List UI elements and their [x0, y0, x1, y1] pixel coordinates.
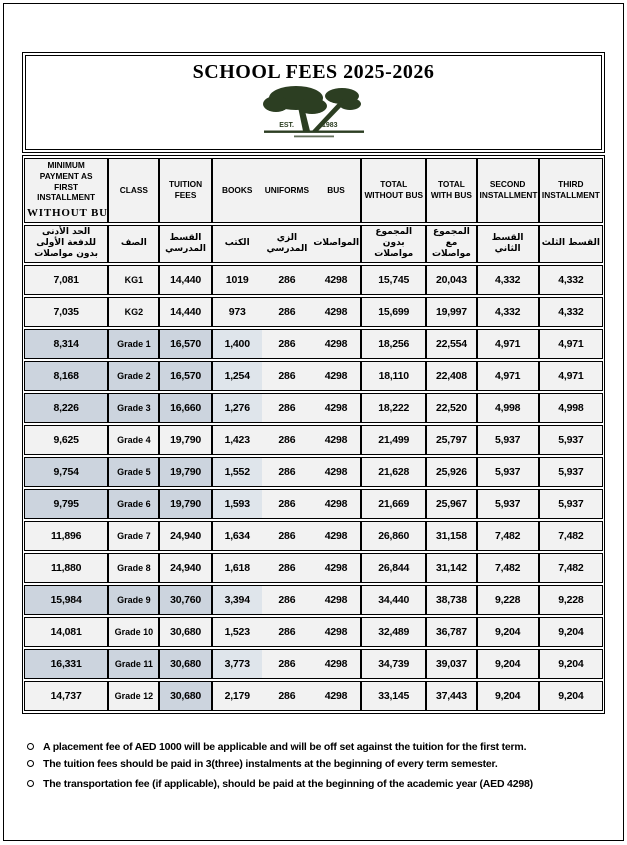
cell-third_installment: 9,228 — [539, 585, 603, 615]
bullet-circle-icon — [27, 760, 34, 767]
cell-total_with_bus: 36,787 — [426, 617, 476, 647]
cell-third_installment: 5,937 — [539, 489, 603, 519]
col-header-arabic-uniforms: الزي المدرسي — [262, 225, 312, 263]
cell-min_payment: 8,226 — [24, 393, 108, 423]
cell-second_installment: 4,998 — [477, 393, 539, 423]
cell-uniforms: 286 — [262, 265, 312, 295]
note-item: A placement fee of AED 1000 will be appl… — [27, 741, 605, 754]
cell-class: Grade 4 — [108, 425, 159, 455]
cell-third_installment: 9,204 — [539, 617, 603, 647]
cell-total_without_bus: 18,222 — [361, 393, 426, 423]
cell-books: 1,552 — [212, 457, 262, 487]
cell-third_installment: 4,332 — [539, 265, 603, 295]
cell-total_without_bus: 15,699 — [361, 297, 426, 327]
cell-total_without_bus: 33,145 — [361, 681, 426, 711]
cell-third_installment: 5,937 — [539, 457, 603, 487]
cell-total_with_bus: 22,554 — [426, 329, 476, 359]
cell-bus: 4298 — [312, 457, 361, 487]
cell-min_payment: 8,168 — [24, 361, 108, 391]
cell-books: 1,523 — [212, 617, 262, 647]
cell-class: Grade 2 — [108, 361, 159, 391]
cell-books: 2,179 — [212, 681, 262, 711]
note-text: A placement fee of AED 1000 will be appl… — [43, 741, 526, 754]
cell-uniforms: 286 — [262, 329, 312, 359]
col-header-bus: BUS — [312, 158, 361, 223]
note-item: The tuition fees should be paid in 3(thr… — [27, 758, 605, 771]
cell-second_installment: 7,482 — [477, 553, 539, 583]
cell-third_installment: 9,204 — [539, 649, 603, 679]
note-item: The transportation fee (if applicable), … — [27, 778, 605, 791]
logo-year-label: 1983 — [322, 122, 338, 129]
cell-total_without_bus: 26,844 — [361, 553, 426, 583]
cell-total_with_bus: 39,037 — [426, 649, 476, 679]
cell-second_installment: 5,937 — [477, 425, 539, 455]
col-header-arabic-third_installment: القسط الثلث — [539, 225, 603, 263]
cell-uniforms: 286 — [262, 553, 312, 583]
cell-tuition_fees: 16,660 — [159, 393, 211, 423]
cell-total_with_bus: 25,797 — [426, 425, 476, 455]
cell-third_installment: 4,998 — [539, 393, 603, 423]
cell-tuition_fees: 30,680 — [159, 617, 211, 647]
col-header-min_payment: MINIMUM PAYMENT AS FIRST INSTALLMENTWITH… — [24, 158, 108, 223]
cell-uniforms: 286 — [262, 585, 312, 615]
cell-uniforms: 286 — [262, 681, 312, 711]
cell-third_installment: 7,482 — [539, 553, 603, 583]
cell-total_without_bus: 18,256 — [361, 329, 426, 359]
cell-uniforms: 286 — [262, 393, 312, 423]
logo-est-label: EST. — [279, 122, 294, 129]
cell-third_installment: 9,204 — [539, 681, 603, 711]
cell-tuition_fees: 19,790 — [159, 425, 211, 455]
cell-min_payment: 16,331 — [24, 649, 108, 679]
cell-books: 1,618 — [212, 553, 262, 583]
cell-total_with_bus: 37,443 — [426, 681, 476, 711]
table-row: 9,795Grade 619,7901,593286429821,66925,9… — [24, 489, 603, 519]
cell-min_payment: 9,625 — [24, 425, 108, 455]
cell-third_installment: 7,482 — [539, 521, 603, 551]
cell-tuition_fees: 14,440 — [159, 297, 211, 327]
cell-min_payment: 7,035 — [24, 297, 108, 327]
cell-second_installment: 4,971 — [477, 329, 539, 359]
cell-total_without_bus: 21,499 — [361, 425, 426, 455]
cell-bus: 4298 — [312, 265, 361, 295]
cell-min_payment: 11,880 — [24, 553, 108, 583]
cell-class: Grade 7 — [108, 521, 159, 551]
header-row-arabic: الحد الأدنى للدفعة الأولى بدون مواصلاتال… — [24, 225, 603, 263]
cell-total_with_bus: 20,043 — [426, 265, 476, 295]
cell-tuition_fees: 19,790 — [159, 457, 211, 487]
cell-books: 1,593 — [212, 489, 262, 519]
cell-uniforms: 286 — [262, 457, 312, 487]
cell-third_installment: 4,971 — [539, 329, 603, 359]
cell-tuition_fees: 30,680 — [159, 649, 211, 679]
table-row: 8,168Grade 216,5701,254286429818,11022,4… — [24, 361, 603, 391]
table-row: 14,737Grade 1230,6802,179286429833,14537… — [24, 681, 603, 711]
col-header-arabic-total_without_bus: المجموع بدون مواصلات — [361, 225, 426, 263]
cell-min_payment: 11,896 — [24, 521, 108, 551]
table-row: 16,331Grade 1130,6803,773286429834,73939… — [24, 649, 603, 679]
cell-class: Grade 9 — [108, 585, 159, 615]
cell-bus: 4298 — [312, 649, 361, 679]
col-header-class: CLASS — [108, 158, 159, 223]
title-box: SCHOOL FEES 2025-2026 EST. — [22, 52, 605, 153]
cell-total_without_bus: 26,860 — [361, 521, 426, 551]
cell-bus: 4298 — [312, 425, 361, 455]
cell-second_installment: 4,332 — [477, 297, 539, 327]
cell-bus: 4298 — [312, 329, 361, 359]
cell-bus: 4298 — [312, 553, 361, 583]
cell-books: 3,773 — [212, 649, 262, 679]
cell-second_installment: 5,937 — [477, 457, 539, 487]
cell-class: Grade 11 — [108, 649, 159, 679]
cell-bus: 4298 — [312, 521, 361, 551]
cell-total_with_bus: 25,967 — [426, 489, 476, 519]
cell-total_without_bus: 15,745 — [361, 265, 426, 295]
table-row: 7,081KG114,4401019286429815,74520,0434,3… — [24, 265, 603, 295]
cell-min_payment: 8,314 — [24, 329, 108, 359]
cell-class: Grade 1 — [108, 329, 159, 359]
note-text: The transportation fee (if applicable), … — [43, 778, 533, 791]
cell-min_payment: 9,795 — [24, 489, 108, 519]
cell-second_installment: 9,204 — [477, 617, 539, 647]
cell-total_with_bus: 38,738 — [426, 585, 476, 615]
table-row: 7,035KG214,440973286429815,69919,9974,33… — [24, 297, 603, 327]
table-row: 11,880Grade 824,9401,618286429826,84431,… — [24, 553, 603, 583]
table-row: 15,984Grade 930,7603,394286429834,44038,… — [24, 585, 603, 615]
cell-books: 1,276 — [212, 393, 262, 423]
cell-bus: 4298 — [312, 297, 361, 327]
bullet-circle-icon — [27, 780, 34, 787]
cell-total_without_bus: 34,739 — [361, 649, 426, 679]
school-logo: EST. 1983 — [26, 85, 601, 141]
cell-second_installment: 4,332 — [477, 265, 539, 295]
cell-second_installment: 7,482 — [477, 521, 539, 551]
cell-uniforms: 286 — [262, 297, 312, 327]
col-header-tuition_fees: TUITION FEES — [159, 158, 211, 223]
table-row: 9,625Grade 419,7901,423286429821,49925,7… — [24, 425, 603, 455]
cell-uniforms: 286 — [262, 649, 312, 679]
cell-class: Grade 6 — [108, 489, 159, 519]
cell-second_installment: 9,204 — [477, 681, 539, 711]
cell-total_with_bus: 25,926 — [426, 457, 476, 487]
cell-uniforms: 286 — [262, 521, 312, 551]
cell-books: 1,423 — [212, 425, 262, 455]
cell-uniforms: 286 — [262, 361, 312, 391]
cell-third_installment: 4,971 — [539, 361, 603, 391]
cell-class: Grade 12 — [108, 681, 159, 711]
cell-class: Grade 8 — [108, 553, 159, 583]
cell-bus: 4298 — [312, 585, 361, 615]
col-header-arabic-books: الكتب — [212, 225, 262, 263]
cell-total_with_bus: 22,408 — [426, 361, 476, 391]
col-header-arabic-min_payment: الحد الأدنى للدفعة الأولى بدون مواصلات — [24, 225, 108, 263]
cell-tuition_fees: 16,570 — [159, 329, 211, 359]
cell-uniforms: 286 — [262, 425, 312, 455]
cell-uniforms: 286 — [262, 489, 312, 519]
table-row: 14,081Grade 1030,6801,523286429832,48936… — [24, 617, 603, 647]
cell-bus: 4298 — [312, 681, 361, 711]
col-header-arabic-class: الصف — [108, 225, 159, 263]
table-row: 8,226Grade 316,6601,276286429818,22222,5… — [24, 393, 603, 423]
cell-total_with_bus: 19,997 — [426, 297, 476, 327]
cell-books: 3,394 — [212, 585, 262, 615]
title-box-inner-border: SCHOOL FEES 2025-2026 EST. — [25, 55, 602, 150]
cell-books: 1,400 — [212, 329, 262, 359]
cell-tuition_fees: 14,440 — [159, 265, 211, 295]
cell-min_payment: 14,737 — [24, 681, 108, 711]
fees-table-container: MINIMUM PAYMENT AS FIRST INSTALLMENTWITH… — [22, 155, 605, 714]
cell-second_installment: 9,228 — [477, 585, 539, 615]
table-row: 9,754Grade 519,7901,552286429821,62825,9… — [24, 457, 603, 487]
cell-third_installment: 5,937 — [539, 425, 603, 455]
col-header-uniforms: UNIFORMS — [262, 158, 312, 223]
cell-tuition_fees: 24,940 — [159, 521, 211, 551]
cell-total_without_bus: 18,110 — [361, 361, 426, 391]
note-text: The tuition fees should be paid in 3(thr… — [43, 758, 498, 771]
cell-second_installment: 4,971 — [477, 361, 539, 391]
cell-tuition_fees: 19,790 — [159, 489, 211, 519]
cell-books: 1,254 — [212, 361, 262, 391]
cell-class: KG1 — [108, 265, 159, 295]
cell-tuition_fees: 30,760 — [159, 585, 211, 615]
footer-notes: A placement fee of AED 1000 will be appl… — [27, 741, 605, 795]
bullet-circle-icon — [27, 743, 34, 750]
table-row: 8,314Grade 116,5701,400286429818,25622,5… — [24, 329, 603, 359]
cell-total_with_bus: 31,158 — [426, 521, 476, 551]
cell-second_installment: 9,204 — [477, 649, 539, 679]
cell-total_with_bus: 31,142 — [426, 553, 476, 583]
col-header-total_with_bus: TOTAL WITH BUS — [426, 158, 476, 223]
cell-tuition_fees: 24,940 — [159, 553, 211, 583]
cell-books: 1019 — [212, 265, 262, 295]
cell-tuition_fees: 30,680 — [159, 681, 211, 711]
col-header-books: BOOKS — [212, 158, 262, 223]
cell-uniforms: 286 — [262, 617, 312, 647]
cell-class: KG2 — [108, 297, 159, 327]
col-header-second_installment: SECOND INSTALLMENT — [477, 158, 539, 223]
cell-total_without_bus: 32,489 — [361, 617, 426, 647]
cell-total_without_bus: 21,628 — [361, 457, 426, 487]
fees-document-page: SCHOOL FEES 2025-2026 EST. — [0, 0, 627, 845]
col-header-arabic-total_with_bus: المجموع مع مواصلات — [426, 225, 476, 263]
cell-min_payment: 14,081 — [24, 617, 108, 647]
col-header-third_installment: THIRD INSTALLMENT — [539, 158, 603, 223]
cell-min_payment: 15,984 — [24, 585, 108, 615]
cell-total_with_bus: 22,520 — [426, 393, 476, 423]
col-header-arabic-second_installment: القسط الثاني — [477, 225, 539, 263]
page-title: SCHOOL FEES 2025-2026 — [26, 61, 601, 84]
fees-table: MINIMUM PAYMENT AS FIRST INSTALLMENTWITH… — [24, 156, 603, 713]
cell-tuition_fees: 16,570 — [159, 361, 211, 391]
cell-bus: 4298 — [312, 361, 361, 391]
tree-logo-icon: EST. 1983 — [252, 85, 376, 141]
cell-class: Grade 3 — [108, 393, 159, 423]
table-row: 11,896Grade 724,9401,634286429826,86031,… — [24, 521, 603, 551]
cell-books: 1,634 — [212, 521, 262, 551]
cell-second_installment: 5,937 — [477, 489, 539, 519]
col-header-arabic-bus: المواصلات — [312, 225, 361, 263]
cell-total_without_bus: 34,440 — [361, 585, 426, 615]
cell-bus: 4298 — [312, 393, 361, 423]
cell-bus: 4298 — [312, 489, 361, 519]
cell-class: Grade 5 — [108, 457, 159, 487]
header-row-english: MINIMUM PAYMENT AS FIRST INSTALLMENTWITH… — [24, 158, 603, 223]
cell-min_payment: 7,081 — [24, 265, 108, 295]
cell-class: Grade 10 — [108, 617, 159, 647]
cell-books: 973 — [212, 297, 262, 327]
cell-min_payment: 9,754 — [24, 457, 108, 487]
col-header-total_without_bus: TOTAL WITHOUT BUS — [361, 158, 426, 223]
cell-total_without_bus: 21,669 — [361, 489, 426, 519]
cell-bus: 4298 — [312, 617, 361, 647]
col-header-arabic-tuition_fees: القسط المدرسي — [159, 225, 211, 263]
cell-third_installment: 4,332 — [539, 297, 603, 327]
